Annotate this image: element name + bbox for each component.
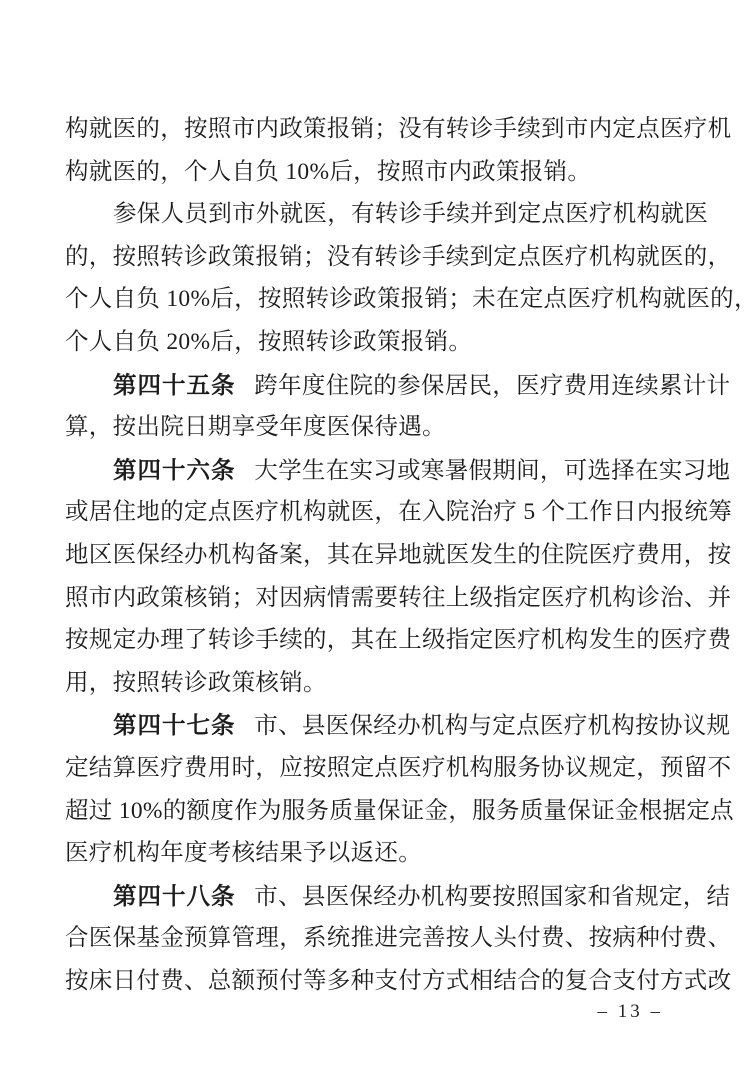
- text-segment: 照市内政策核销；对因病情需要转往上级指定医疗机构诊治、并: [65, 585, 731, 611]
- text-line: 第四十五条跨年度住院的参保居民，医疗费用连续累计计: [65, 364, 685, 407]
- text-line: 第四十六条大学生在实习或寒暑假期间，可选择在实习地: [65, 449, 685, 492]
- text-segment: 超过 10%的额度作为服务质量保证金，服务质量保证金根据定点: [65, 798, 734, 824]
- text-line: 个人自负 10%后，按照转诊政策报销；未在定点医疗机构就医的，: [65, 278, 685, 321]
- text-line: 地区医保经办机构备案，其在异地就医发生的住院医疗费用，按: [65, 534, 685, 577]
- text-segment: 用，按照转诊政策核销。: [65, 670, 327, 696]
- text-segment: 地区医保经办机构备案，其在异地就医发生的住院医疗费用，按: [65, 542, 731, 568]
- text-segment: 个人自负 10%后，按照转诊政策报销；未在定点医疗机构就医的，: [65, 286, 747, 312]
- text-segment: 算，按出院日期享受年度医保待遇。: [65, 414, 446, 440]
- text-segment: 医疗机构年度考核结果予以返还。: [65, 840, 422, 866]
- text-line: 或居住地的定点医疗机构就医，在入院治疗 5 个工作日内报统筹: [65, 491, 685, 534]
- text-line: 构就医的，个人自负 10%后，按照市内政策报销。: [65, 151, 685, 194]
- text-segment: 定结算医疗费用时，应按照定点医疗机构服务协议规定，预留不: [65, 755, 731, 781]
- text-line: 第四十七条市、县医保经办机构与定点医疗机构按协议规: [65, 704, 685, 747]
- article-number: 第四十六条: [113, 457, 236, 483]
- text-segment: 市、县医保经办机构与定点医疗机构按协议规: [254, 713, 730, 739]
- text-line: 照市内政策核销；对因病情需要转往上级指定医疗机构诊治、并: [65, 577, 685, 620]
- article-number: 第四十七条: [113, 712, 236, 738]
- article-number: 第四十五条: [113, 372, 236, 398]
- text-line: 定结算医疗费用时，应按照定点医疗机构服务协议规定，预留不: [65, 747, 685, 790]
- text-line: 用，按照转诊政策核销。: [65, 662, 685, 705]
- text-segment: 个人自负 20%后，按照转诊政策报销。: [65, 329, 472, 355]
- document-page: 构就医的，按照市内政策报销；没有转诊手续到市内定点医疗机构就医的，个人自负 10…: [0, 0, 747, 1090]
- text-line: 算，按出院日期享受年度医保待遇。: [65, 406, 685, 449]
- text-segment: 跨年度住院的参保居民，医疗费用连续累计计: [254, 373, 730, 399]
- page-number: – 13 –: [598, 998, 664, 1026]
- article-number: 第四十八条: [113, 883, 236, 909]
- document-body: 构就医的，按照市内政策报销；没有转诊手续到市内定点医疗机构就医的，个人自负 10…: [65, 108, 685, 1002]
- text-segment: 市、县医保经办机构要按照国家和省规定，结: [254, 884, 730, 910]
- text-segment: 按规定办理了转诊手续的，其在上级指定医疗机构发生的医疗费: [65, 627, 731, 653]
- text-segment: 参保人员到市外就医，有转诊手续并到定点医疗机构就医: [113, 201, 708, 227]
- text-segment: 构就医的，按照市内政策报销；没有转诊手续到市内定点医疗机: [65, 116, 731, 142]
- text-segment: 构就医的，个人自负 10%后，按照市内政策报销。: [65, 159, 591, 185]
- text-line: 第四十八条市、县医保经办机构要按照国家和省规定，结: [65, 875, 685, 918]
- text-line: 超过 10%的额度作为服务质量保证金，服务质量保证金根据定点: [65, 790, 685, 833]
- text-segment: 按床日付费、总额预付等多种支付方式相结合的复合支付方式改: [65, 968, 731, 994]
- text-line: 的，按照转诊政策报销；没有转诊手续到定点医疗机构就医的，: [65, 236, 685, 279]
- text-line: 个人自负 20%后，按照转诊政策报销。: [65, 321, 685, 364]
- text-segment: 合医保基金预算管理，系统推进完善按人头付费、按病种付费、: [65, 925, 731, 951]
- text-segment: 大学生在实习或寒暑假期间，可选择在实习地: [254, 458, 730, 484]
- text-line: 合医保基金预算管理，系统推进完善按人头付费、按病种付费、: [65, 917, 685, 960]
- text-line: 参保人员到市外就医，有转诊手续并到定点医疗机构就医: [65, 193, 685, 236]
- text-line: 按规定办理了转诊手续的，其在上级指定医疗机构发生的医疗费: [65, 619, 685, 662]
- text-segment: 或居住地的定点医疗机构就医，在入院治疗 5 个工作日内报统筹: [65, 499, 732, 525]
- text-segment: 的，按照转诊政策报销；没有转诊手续到定点医疗机构就医的，: [65, 244, 731, 270]
- text-line: 按床日付费、总额预付等多种支付方式相结合的复合支付方式改: [65, 960, 685, 1003]
- text-line: 构就医的，按照市内政策报销；没有转诊手续到市内定点医疗机: [65, 108, 685, 151]
- text-line: 医疗机构年度考核结果予以返还。: [65, 832, 685, 875]
